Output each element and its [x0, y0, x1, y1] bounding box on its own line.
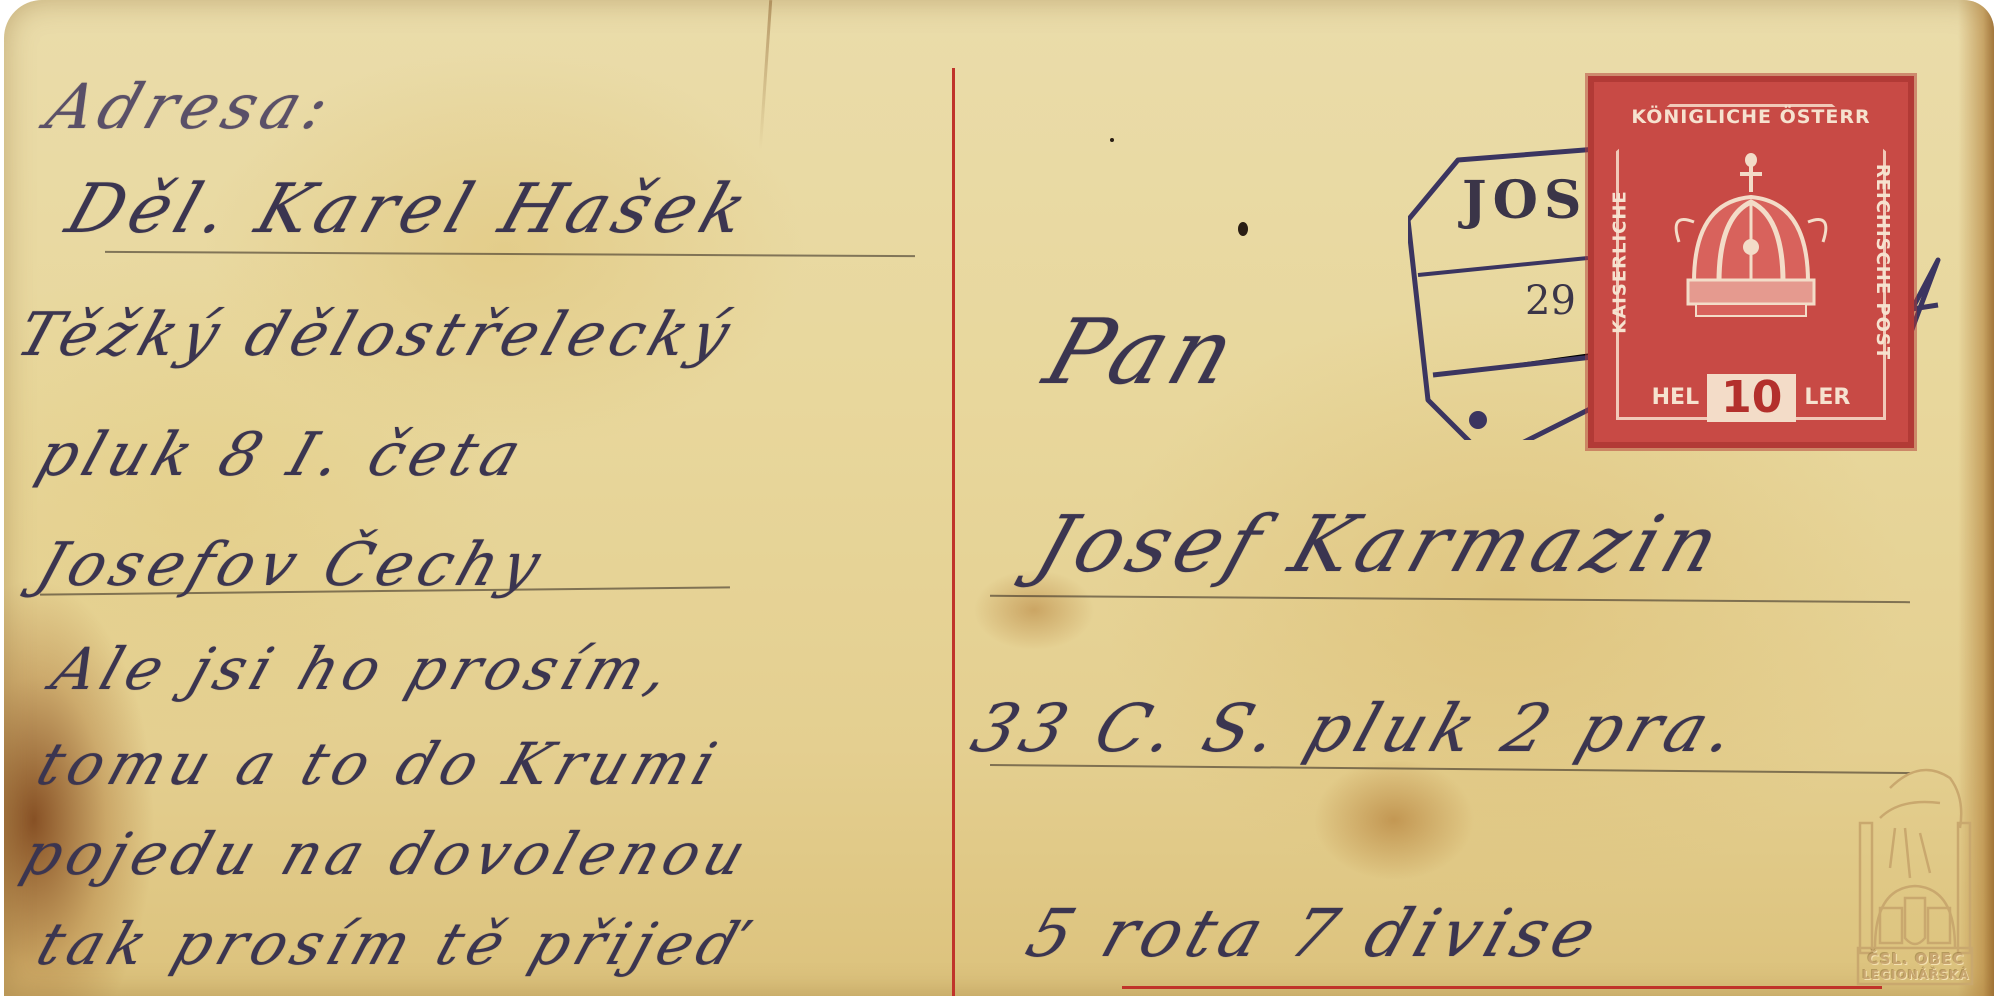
paper-fold: [759, 0, 772, 150]
ink-spot: [1238, 222, 1248, 236]
recipient-unit: 33 C. S. pluk 2 pra.: [962, 690, 1751, 767]
message-line: pojedu na dovolenou: [14, 820, 760, 888]
recipient-division: 5 rota 7 divise: [1017, 895, 1611, 972]
address-divider-line: [952, 68, 955, 996]
sender-location: Josefov Čechy: [29, 530, 555, 600]
recipient-name: Josef Karmazin: [1025, 500, 1735, 590]
stamp-value-row: HEL10LER: [1594, 374, 1908, 422]
ink-spot: [1110, 138, 1114, 142]
message-line: tomu a to do Krumi: [29, 730, 730, 798]
stamp-currency-right: LER: [1804, 385, 1850, 410]
stamp-left-text: KAISERLICHE: [1610, 190, 1631, 333]
emboss-line-1: ČSL. OBEC: [1856, 950, 1976, 968]
imperial-crown-icon: [1674, 152, 1828, 332]
postage-stamp: KÖNIGLICHE ÖSTERR KAISERLICHE REICHISCHE…: [1588, 76, 1914, 448]
stamp-top-text: KÖNIGLICHE ÖSTERR: [1594, 106, 1908, 128]
stamp-right-text: REICHISCHE POST: [1872, 164, 1893, 360]
postmark-date: 29: [1525, 278, 1576, 324]
sender-name: Děl. Karel Hašek: [57, 170, 762, 249]
ruled-line-red: [1122, 986, 1882, 989]
sender-heading: Adresa:: [38, 70, 344, 143]
stamp-value: 10: [1707, 374, 1796, 422]
message-line: Ale jsi ho prosím,: [44, 635, 684, 703]
sender-regiment: pluk 8 I. četa: [29, 420, 536, 490]
recipient-salutation: Pan: [1033, 300, 1253, 405]
emboss-line-2: LEGIONÁŘSKÁ: [1856, 968, 1976, 982]
message-line: tak prosím tě přijeď: [29, 910, 753, 978]
sender-unit: Těžký dělostřelecký: [9, 300, 744, 370]
postmark-town: JOS: [1462, 170, 1587, 231]
stamp-currency-left: HEL: [1652, 385, 1699, 410]
